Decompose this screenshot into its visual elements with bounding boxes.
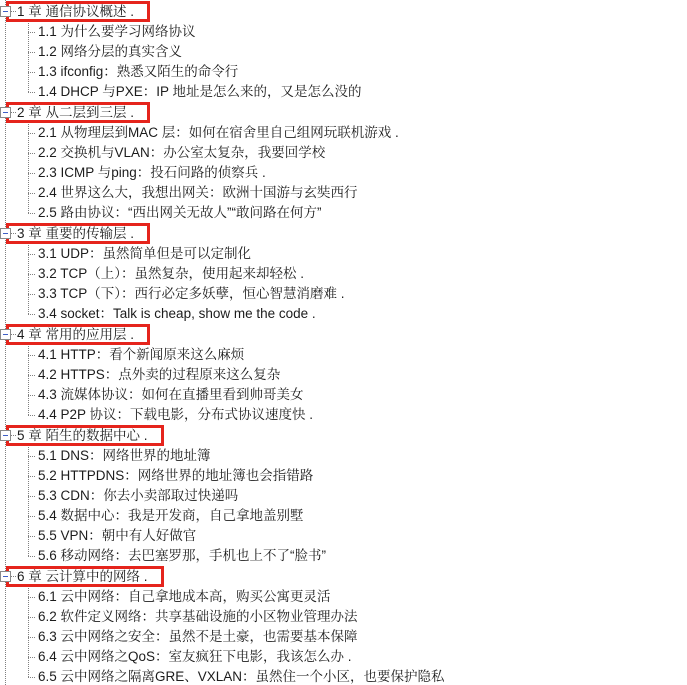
tree-node-section: 1.3 ifconfig：熟悉又陌生的命令行	[0, 62, 687, 82]
section-title[interactable]: 6.2 软件定义网络：共享基础设施的小区物业管理办法	[0, 607, 358, 627]
tree-node-section: 4.3 流媒体协议：如何在直播里看到帅哥美女	[0, 385, 687, 405]
tree-node-section: 1.4 DHCP 与PXE：IP 地址是怎么来的，又是怎么没的	[0, 82, 687, 102]
tree-node-chapter: 3 章 重要的传输层 .	[0, 223, 687, 244]
section-title[interactable]: 6.3 云中网络之安全：虽然不是土豪，也需要基本保障	[0, 627, 358, 647]
section-title[interactable]: 2.2 交换机与VLAN：办公室太复杂，我要回学校	[0, 143, 325, 163]
tree-node-section: 6.5 云中网络之隔离GRE、VXLAN：虽然住一个小区，也要保护隐私	[0, 667, 687, 685]
tree-node-section: 2.5 路由协议：“西出网关无故人”“敢问路在何方”	[0, 203, 687, 223]
collapse-minus-icon[interactable]	[0, 107, 11, 118]
chapter-children: 1.1 为什么要学习网络协议1.2 网络分层的真实含义1.3 ifconfig：…	[0, 22, 687, 102]
tree-node-section: 3.3 TCP（下）：西行必定多妖孽，恒心智慧消磨难 .	[0, 284, 687, 304]
bookmark-panel: 1 章 通信协议概述 .1.1 为什么要学习网络协议1.2 网络分层的真实含义1…	[0, 0, 687, 685]
chapter-title[interactable]: 1 章 通信协议概述 .	[17, 4, 134, 19]
tree-connector	[28, 274, 36, 275]
minus-glyph	[3, 334, 8, 335]
chapter-children: 5.1 DNS：网络世界的地址簿5.2 HTTPDNS：网络世界的地址簿也会指错…	[0, 446, 687, 566]
tree-connector	[28, 52, 36, 53]
tree-node-chapter: 2 章 从二层到三层 .	[0, 102, 687, 123]
tree-connector	[28, 213, 36, 214]
tree-node-section: 6.1 云中网络：自己拿地成本高，购买公寓更灵活	[0, 587, 687, 607]
tree-connector	[28, 395, 36, 396]
annotation-red-box: 2 章 从二层到三层 .	[6, 102, 150, 123]
tree-node-section: 5.3 CDN：你去小卖部取过快递吗	[0, 486, 687, 506]
tree-node-section: 3.2 TCP（上）：虽然复杂，使用起来却轻松 .	[0, 264, 687, 284]
section-title[interactable]: 4.1 HTTP：看个新闻原来这么麻烦	[0, 345, 244, 365]
section-title[interactable]: 2.5 路由协议：“西出网关无故人”“敢问路在何方”	[0, 203, 322, 223]
tree-node-section: 5.4 数据中心：我是开发商，自己拿地盖别墅	[0, 506, 687, 526]
collapse-minus-icon[interactable]	[0, 329, 11, 340]
tree-node-section: 2.3 ICMP 与ping：投石问路的侦察兵 .	[0, 163, 687, 183]
collapse-minus-icon[interactable]	[0, 430, 11, 441]
section-title[interactable]: 3.3 TCP（下）：西行必定多妖孽，恒心智慧消磨难 .	[0, 284, 345, 304]
tree-connector	[28, 617, 36, 618]
tree-node-section: 5.1 DNS：网络世界的地址簿	[0, 446, 687, 466]
tree-connector	[28, 637, 36, 638]
tree-node-section: 1.2 网络分层的真实含义	[0, 42, 687, 62]
chapter-title[interactable]: 6 章 云计算中的网络 .	[17, 569, 148, 584]
collapse-minus-icon[interactable]	[0, 6, 11, 17]
chapter-title[interactable]: 2 章 从二层到三层 .	[17, 105, 134, 120]
chapter-title[interactable]: 4 章 常用的应用层 .	[17, 327, 134, 342]
section-title[interactable]: 4.3 流媒体协议：如何在直播里看到帅哥美女	[0, 385, 304, 405]
tree-connector	[28, 657, 36, 658]
minus-glyph	[3, 112, 8, 113]
minus-glyph	[3, 435, 8, 436]
chapter-title[interactable]: 5 章 陌生的数据中心 .	[17, 428, 148, 443]
section-title[interactable]: 1.4 DHCP 与PXE：IP 地址是怎么来的，又是怎么没的	[0, 82, 362, 102]
tree-connector	[28, 415, 36, 416]
section-title[interactable]: 3.4 socket：Talk is cheap, show me the co…	[0, 304, 316, 324]
tree-connector	[28, 496, 36, 497]
section-title[interactable]: 3.1 UDP：虽然简单但是可以定制化	[0, 244, 251, 264]
tree-node-section: 3.4 socket：Talk is cheap, show me the co…	[0, 304, 687, 324]
section-title[interactable]: 5.2 HTTPDNS：网络世界的地址簿也会指错路	[0, 466, 313, 486]
minus-glyph	[3, 11, 8, 12]
tree-connector	[28, 516, 36, 517]
tree-connector	[28, 173, 36, 174]
chapter-children: 6.1 云中网络：自己拿地成本高，购买公寓更灵活6.2 软件定义网络：共享基础设…	[0, 587, 687, 685]
tree-connector	[28, 476, 36, 477]
tree-node-section: 6.2 软件定义网络：共享基础设施的小区物业管理办法	[0, 607, 687, 627]
tree-node-section: 2.1 从物理层到MAC 层：如何在宿舍里自己组网玩联机游戏 .	[0, 123, 687, 143]
tree-connector	[28, 72, 36, 73]
tree-node-section: 1.1 为什么要学习网络协议	[0, 22, 687, 42]
tree-node-chapter: 6 章 云计算中的网络 .	[0, 566, 687, 587]
section-title[interactable]: 6.1 云中网络：自己拿地成本高，购买公寓更灵活	[0, 587, 331, 607]
minus-glyph	[3, 576, 8, 577]
collapse-minus-icon[interactable]	[0, 228, 11, 239]
tree-node-chapter: 1 章 通信协议概述 .	[0, 1, 687, 22]
tree-node-section: 3.1 UDP：虽然简单但是可以定制化	[0, 244, 687, 264]
tree-node-section: 2.4 世界这么大，我想出网关：欧洲十国游与玄奘西行	[0, 183, 687, 203]
chapter-children: 2.1 从物理层到MAC 层：如何在宿舍里自己组网玩联机游戏 .2.2 交换机与…	[0, 123, 687, 223]
tree-connector	[28, 536, 36, 537]
section-title[interactable]: 5.4 数据中心：我是开发商，自己拿地盖别墅	[0, 506, 304, 526]
tree-node-chapter: 4 章 常用的应用层 .	[0, 324, 687, 345]
section-title[interactable]: 6.5 云中网络之隔离GRE、VXLAN：虽然住一个小区，也要保护隐私	[0, 667, 445, 685]
tree-connector	[28, 92, 36, 93]
section-title[interactable]: 3.2 TCP（上）：虽然复杂，使用起来却轻松 .	[0, 264, 304, 284]
annotation-red-box: 1 章 通信协议概述 .	[6, 1, 150, 22]
annotation-red-box: 5 章 陌生的数据中心 .	[6, 425, 164, 446]
tree-node-section: 5.5 VPN：朝中有人好做官	[0, 526, 687, 546]
chapter-children: 3.1 UDP：虽然简单但是可以定制化3.2 TCP（上）：虽然复杂，使用起来却…	[0, 244, 687, 324]
tree-connector	[28, 677, 36, 678]
tree-node-section: 5.6 移动网络：去巴塞罗那，手机也上不了“脸书”	[0, 546, 687, 566]
tree-node-section: 2.2 交换机与VLAN：办公室太复杂，我要回学校	[0, 143, 687, 163]
minus-glyph	[3, 233, 8, 234]
tree-node-section: 4.4 P2P 协议：下载电影，分布式协议速度快 .	[0, 405, 687, 425]
section-title[interactable]: 4.4 P2P 协议：下载电影，分布式协议速度快 .	[0, 405, 313, 425]
section-title[interactable]: 4.2 HTTPS：点外卖的过程原来这么复杂	[0, 365, 280, 385]
tree-connector	[28, 133, 36, 134]
collapse-minus-icon[interactable]	[0, 571, 11, 582]
section-title[interactable]: 2.1 从物理层到MAC 层：如何在宿舍里自己组网玩联机游戏 .	[0, 123, 399, 143]
tree-connector	[28, 32, 36, 33]
tree-connector	[28, 556, 36, 557]
section-title[interactable]: 6.4 云中网络之QoS：室友疯狂下电影，我该怎么办 .	[0, 647, 352, 667]
tree-connector	[28, 597, 36, 598]
tree-node-section: 6.4 云中网络之QoS：室友疯狂下电影，我该怎么办 .	[0, 647, 687, 667]
tree-connector	[28, 254, 36, 255]
tree-connector	[28, 375, 36, 376]
tree-connector	[28, 153, 36, 154]
section-title[interactable]: 2.3 ICMP 与ping：投石问路的侦察兵 .	[0, 163, 266, 183]
tree-connector	[28, 294, 36, 295]
tree-connector	[28, 456, 36, 457]
annotation-red-box: 4 章 常用的应用层 .	[6, 324, 150, 345]
section-title[interactable]: 2.4 世界这么大，我想出网关：欧洲十国游与玄奘西行	[0, 183, 358, 203]
tree-node-chapter: 5 章 陌生的数据中心 .	[0, 425, 687, 446]
section-title[interactable]: 5.6 移动网络：去巴塞罗那，手机也上不了“脸书”	[0, 546, 326, 566]
annotation-red-box: 6 章 云计算中的网络 .	[6, 566, 164, 587]
annotation-red-box: 3 章 重要的传输层 .	[6, 223, 150, 244]
bookmark-tree: 1 章 通信协议概述 .1.1 为什么要学习网络协议1.2 网络分层的真实含义1…	[0, 0, 687, 685]
tree-node-section: 4.1 HTTP：看个新闻原来这么麻烦	[0, 345, 687, 365]
tree-connector	[28, 355, 36, 356]
tree-node-section: 4.2 HTTPS：点外卖的过程原来这么复杂	[0, 365, 687, 385]
chapter-children: 4.1 HTTP：看个新闻原来这么麻烦4.2 HTTPS：点外卖的过程原来这么复…	[0, 345, 687, 425]
tree-connector	[28, 314, 36, 315]
tree-node-section: 5.2 HTTPDNS：网络世界的地址簿也会指错路	[0, 466, 687, 486]
tree-node-section: 6.3 云中网络之安全：虽然不是土豪，也需要基本保障	[0, 627, 687, 647]
tree-connector	[28, 193, 36, 194]
chapter-title[interactable]: 3 章 重要的传输层 .	[17, 226, 134, 241]
